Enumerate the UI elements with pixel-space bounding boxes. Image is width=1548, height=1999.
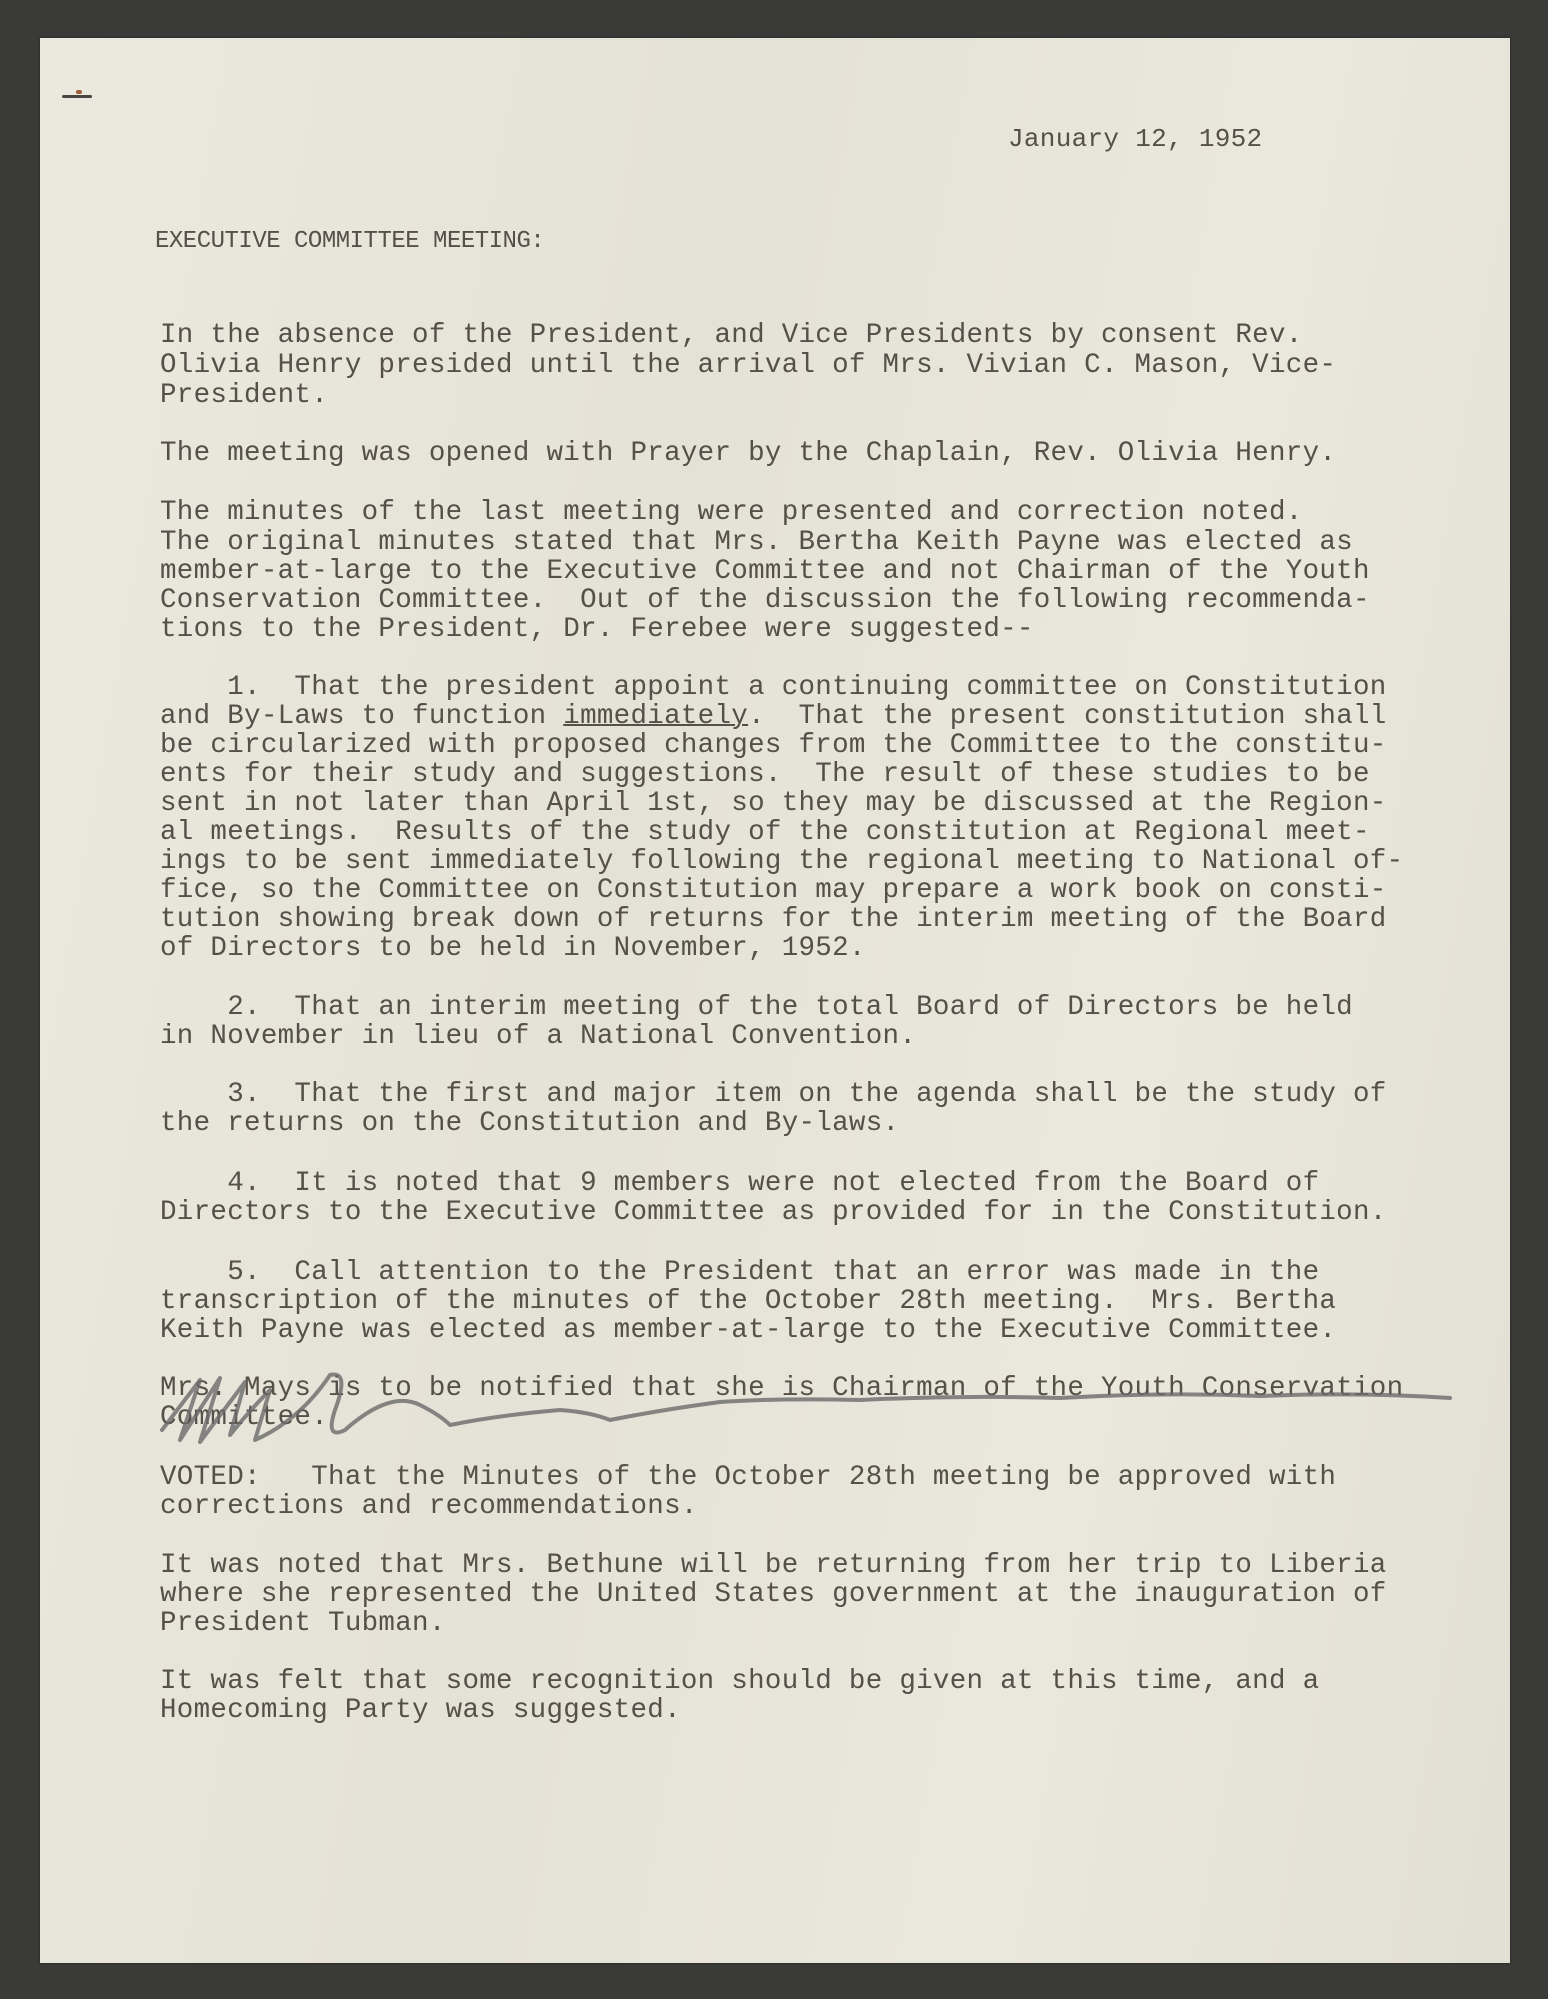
- item-2-line: 2. That an interim meeting of the total …: [160, 992, 1353, 1023]
- item-3-line: 3. That the first and major item on the …: [160, 1079, 1387, 1110]
- paragraph-line: tions to the President, Dr. Ferebee were…: [160, 614, 1034, 645]
- item-1-line: tution showing break down of returns for…: [160, 904, 1387, 935]
- paragraph-line: President.: [160, 380, 328, 411]
- item-4-line: Directors to the Executive Committee as …: [160, 1197, 1387, 1228]
- paragraph-line: It was noted that Mrs. Bethune will be r…: [160, 1550, 1387, 1581]
- item-1-line: ents for their study and suggestions. Th…: [160, 759, 1370, 790]
- item-4-line: 4. It is noted that 9 members were not e…: [160, 1168, 1319, 1199]
- item-1-line: ings to be sent immediately following th…: [160, 846, 1403, 877]
- item-5-line: Keith Payne was elected as member-at-lar…: [160, 1315, 1336, 1346]
- item-1-line: and By-Laws to function immediately. Tha…: [160, 701, 1387, 732]
- paragraph-line: In the absence of the President, and Vic…: [160, 320, 1303, 351]
- item-1-line: sent in not later than April 1st, so the…: [160, 788, 1387, 819]
- item-3-line: the returns on the Constitution and By-l…: [160, 1108, 899, 1139]
- voted-line: VOTED: That the Minutes of the October 2…: [160, 1462, 1336, 1493]
- item-1-line: of Directors to be held in November, 195…: [160, 933, 866, 964]
- paragraph-line: Olivia Henry presided until the arrival …: [160, 350, 1336, 381]
- pencil-strikeout: [160, 1370, 1460, 1450]
- item-1-line: be circularized with proposed changes fr…: [160, 730, 1387, 761]
- item-1-text: . That the present constitution shall: [748, 701, 1387, 732]
- paragraph-line: The meeting was opened with Prayer by th…: [160, 438, 1336, 469]
- item-2-line: in November in lieu of a National Conven…: [160, 1021, 916, 1052]
- paragraph-line: The original minutes stated that Mrs. Be…: [160, 527, 1353, 558]
- paragraph-line: President Tubman.: [160, 1608, 446, 1639]
- item-1-text: and By-Laws to function: [160, 701, 563, 732]
- paragraph-line: where she represented the United States …: [160, 1579, 1387, 1610]
- item-1-line: al meetings. Results of the study of the…: [160, 817, 1370, 848]
- item-1-line: 1. That the president appoint a continui…: [160, 672, 1387, 703]
- paragraph-line: member-at-large to the Executive Committ…: [160, 556, 1370, 587]
- paragraph-line: It was felt that some recognition should…: [160, 1666, 1319, 1697]
- paper-mark: [62, 95, 92, 98]
- paragraph-line: Conservation Committee. Out of the discu…: [160, 585, 1370, 616]
- voted-line: corrections and recommendations.: [160, 1491, 698, 1522]
- document-heading: EXECUTIVE COMMITTEE MEETING:: [155, 228, 544, 255]
- item-5-line: transcription of the minutes of the Octo…: [160, 1286, 1336, 1317]
- paragraph-line: Homecoming Party was suggested.: [160, 1695, 681, 1726]
- item-5-line: 5. Call attention to the President that …: [160, 1257, 1319, 1288]
- scribble-icon: [160, 1370, 1460, 1450]
- item-1-line: fice, so the Committee on Constitution m…: [160, 875, 1387, 906]
- document-date: January 12, 1952: [1008, 124, 1262, 154]
- paragraph-line: The minutes of the last meeting were pre…: [160, 497, 1303, 528]
- underlined-word: immediately: [563, 701, 748, 732]
